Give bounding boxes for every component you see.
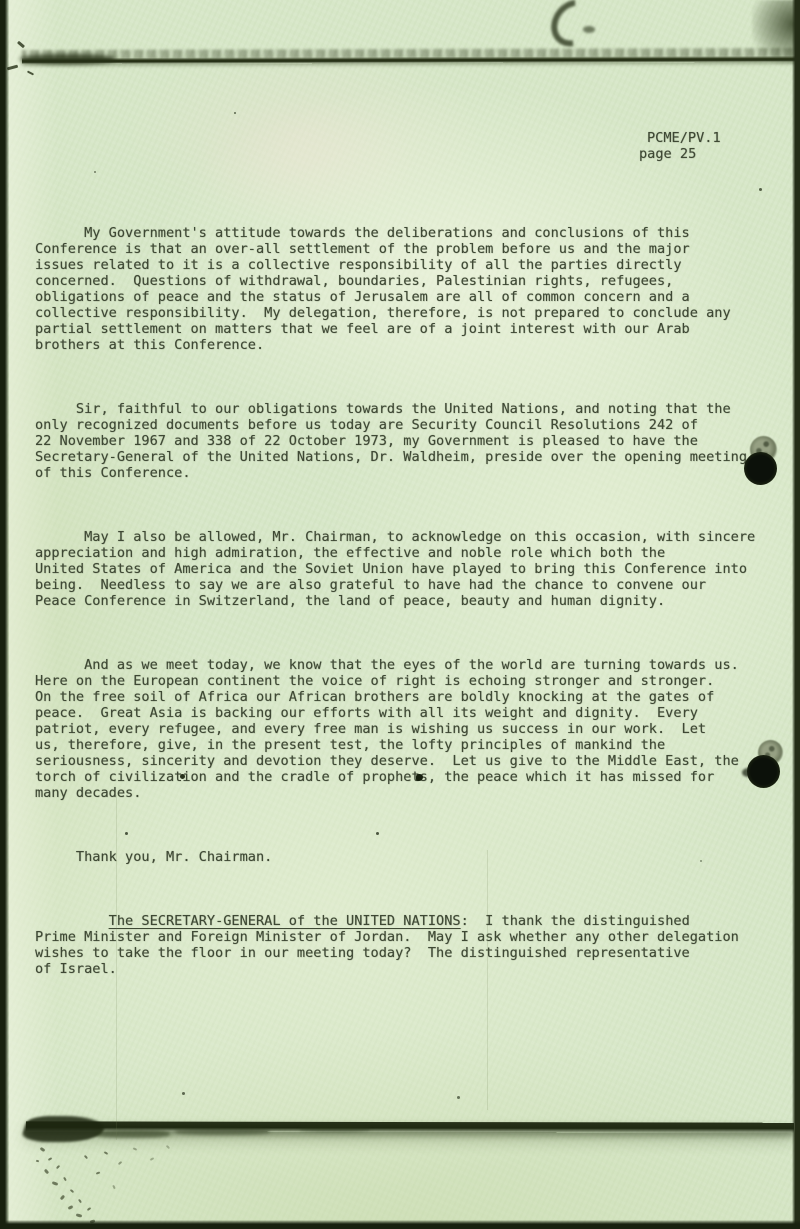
document-reference: PCME/PV.1 xyxy=(647,130,721,146)
left-scan-edge xyxy=(0,0,9,1229)
sg-indent xyxy=(35,913,109,929)
scratch-fleck xyxy=(118,1161,122,1165)
scratch-fleck xyxy=(70,1189,74,1193)
bottom-band-streak xyxy=(175,1128,270,1135)
paragraph-united-nations-obligations: Sir, faithful to our obligations towards… xyxy=(35,401,797,481)
top-scan-line xyxy=(22,56,796,64)
top-ink-smudge xyxy=(542,0,606,56)
paragraph-acknowledgement: May I also be allowed, Mr. Chairman, to … xyxy=(35,529,797,609)
ink-speck xyxy=(180,774,185,779)
scratch-fleck xyxy=(78,1199,82,1203)
ink-speck xyxy=(457,1096,460,1099)
right-scan-edge xyxy=(792,0,800,1229)
ink-speck xyxy=(94,171,96,173)
scratch-fleck xyxy=(96,1171,100,1174)
ink-speck xyxy=(234,112,236,114)
top-ink-smudge-tail xyxy=(583,26,595,33)
paper-crease xyxy=(116,795,117,1140)
document-body: My Government's attitude towards the del… xyxy=(35,193,797,1025)
scratch-fleck xyxy=(150,1157,154,1161)
bottom-scan-band-blob xyxy=(20,1116,108,1142)
paper-crease xyxy=(487,850,488,1110)
ink-speck xyxy=(759,188,762,191)
scratch-fleck xyxy=(60,1195,66,1201)
scratch-fleck xyxy=(112,1185,116,1189)
scratch-fleck xyxy=(68,1205,74,1210)
bottom-band-streak xyxy=(95,1130,170,1138)
scratch-fleck xyxy=(133,1147,137,1151)
punch-hole-upper-black xyxy=(744,452,777,485)
scratch-fleck xyxy=(76,1213,83,1217)
scratch-fleck xyxy=(84,1155,88,1159)
top-scan-line-start-blob xyxy=(20,54,115,64)
bottom-band-streak xyxy=(300,1126,370,1132)
scratch-fleck xyxy=(56,1165,60,1169)
speaker-name: The SECRETARY-GENERAL of the UNITED NATI… xyxy=(109,913,461,929)
scratch-fleck xyxy=(166,1145,170,1149)
bottom-scan-edge xyxy=(0,1220,800,1229)
scratch-fleck xyxy=(87,1207,91,1211)
ink-speck xyxy=(376,832,379,835)
ink-speck xyxy=(700,860,702,862)
paragraph-government-attitude: My Government's attitude towards the del… xyxy=(35,225,797,353)
scratch-fleck xyxy=(104,1151,108,1155)
ink-speck xyxy=(182,1092,185,1095)
ink-speck xyxy=(125,832,128,835)
scratch-fleck xyxy=(36,1160,39,1162)
page-number: page 25 xyxy=(639,146,696,162)
scratch-fleck xyxy=(63,1177,67,1181)
paragraph-thanks: Thank you, Mr. Chairman. xyxy=(35,849,797,865)
punch-hole-lower-black xyxy=(747,755,780,788)
paragraph-secretary-general: The SECRETARY-GENERAL of the UNITED NATI… xyxy=(35,913,797,977)
scanned-document-page: PCME/PV.1 page 25 My Government's attitu… xyxy=(0,0,800,1229)
